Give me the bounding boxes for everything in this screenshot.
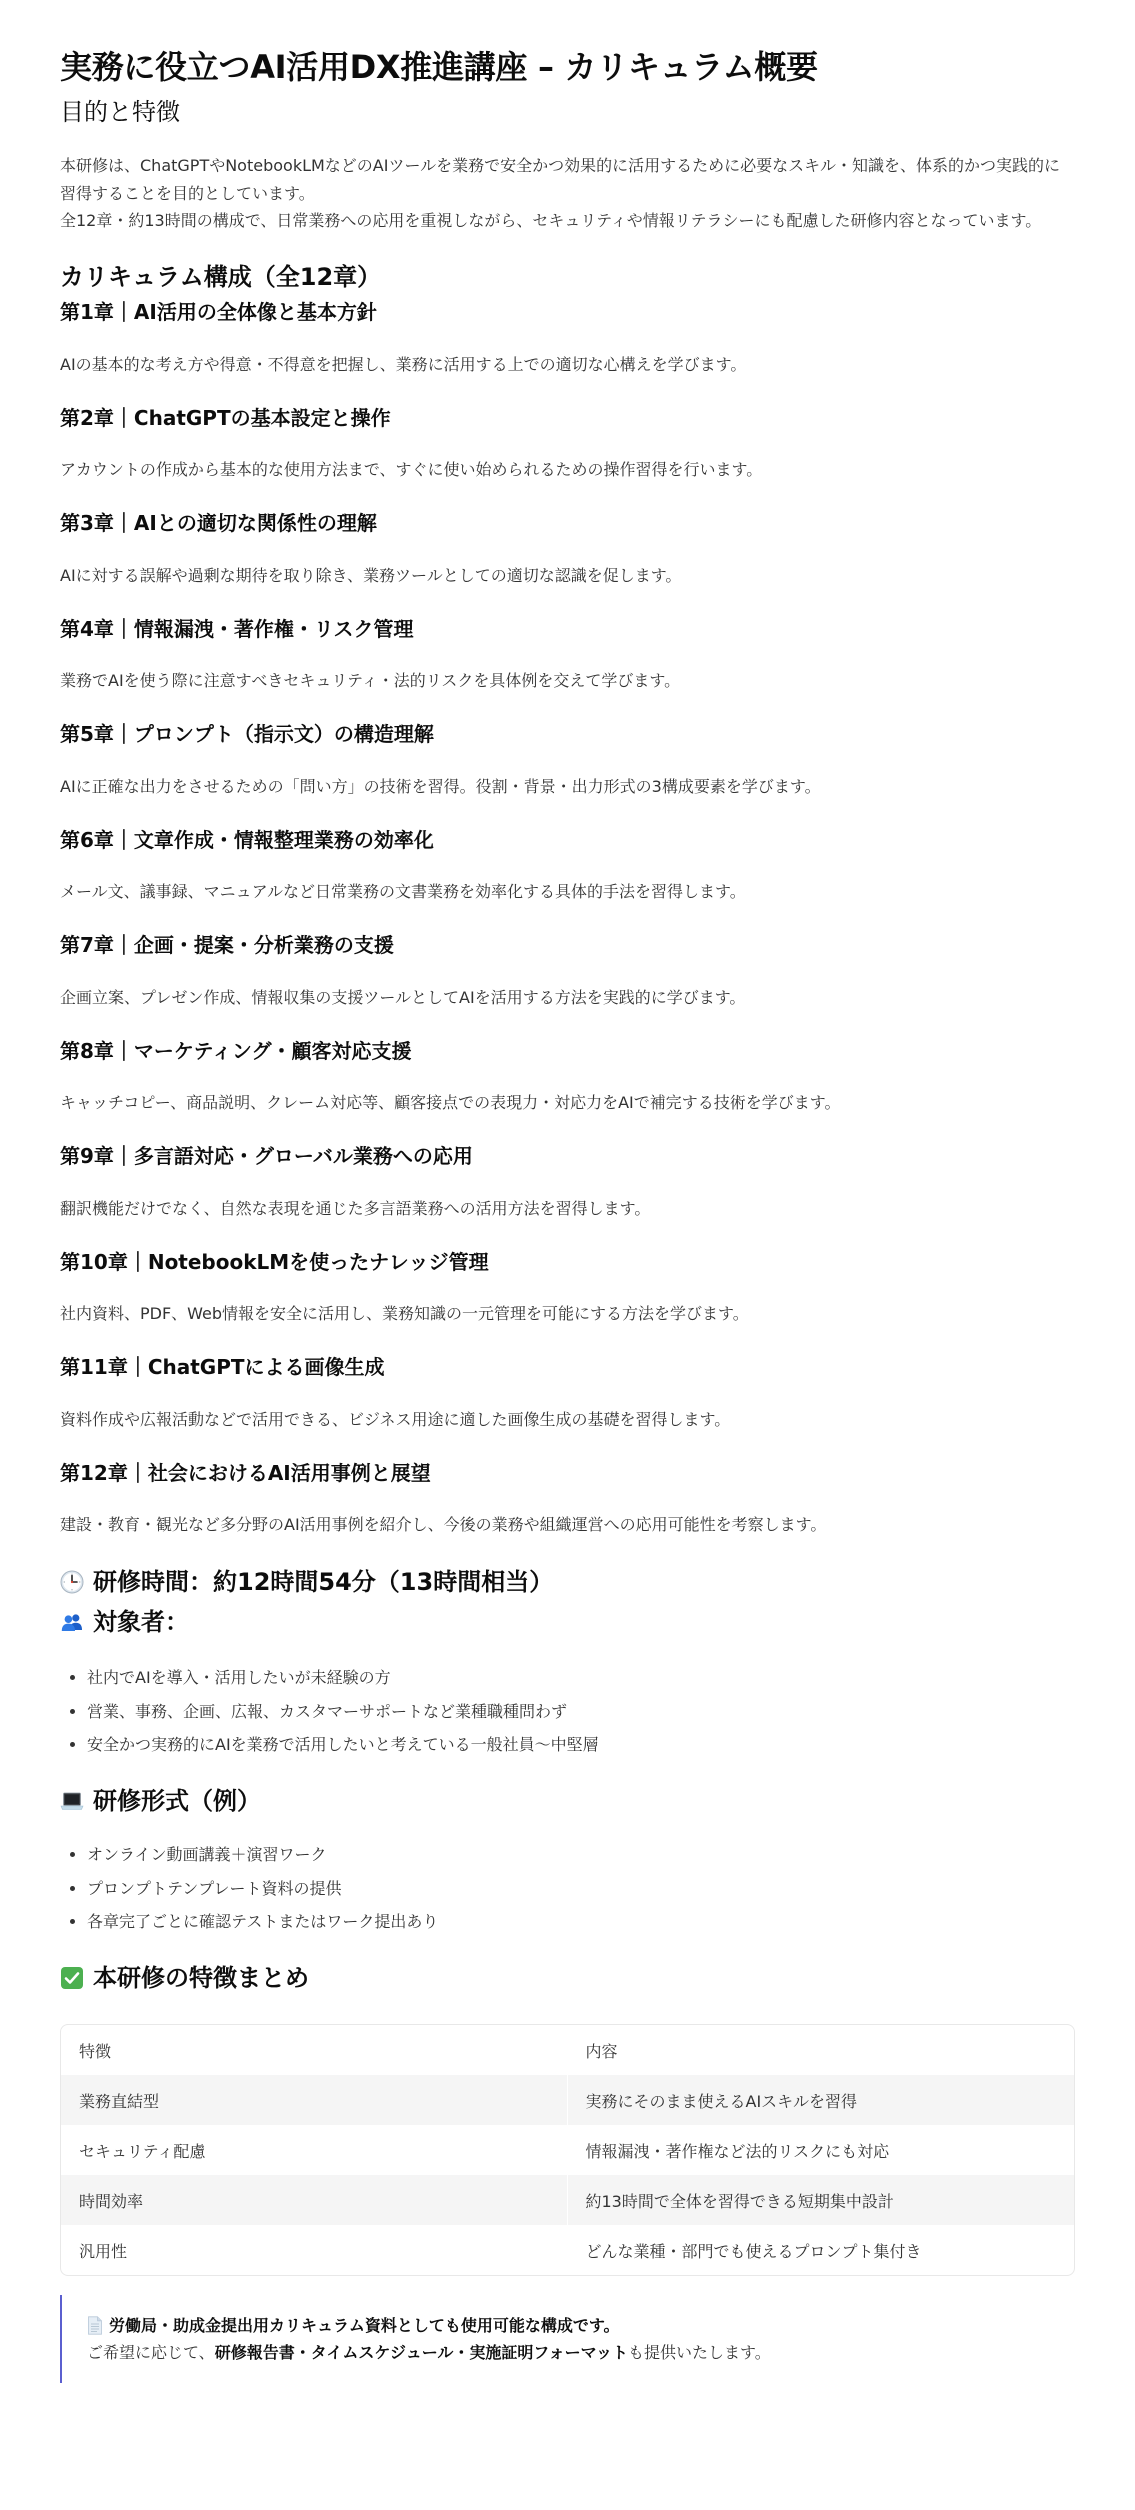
- chapter-item: 第8章｜マーケティング・顧客対応支援 キャッチコピー、商品説明、クレーム対応等、…: [60, 1037, 1075, 1117]
- chapter-description: アカウントの作成から基本的な使用方法まで、すぐに使い始められるための操作習得を行…: [60, 457, 1075, 483]
- chapter-title: 第8章｜マーケティング・顧客対応支援: [60, 1037, 1075, 1065]
- note-text: も提供いたします。: [628, 2343, 771, 2362]
- table-header-row: 特徴 内容: [61, 2025, 1074, 2075]
- chapter-item: 第5章｜プロンプト（指示文）の構造理解 AIに正確な出力をさせるための「問い方」…: [60, 720, 1075, 800]
- chapter-description: 社内資料、PDF、Web情報を安全に活用し、業務知識の一元管理を可能にする方法を…: [60, 1301, 1075, 1327]
- table-cell: 約13時間で全体を習得できる短期集中設計: [568, 2175, 1075, 2225]
- chapter-description: 翻訳機能だけでなく、自然な表現を通じた多言語業務への活用方法を習得します。: [60, 1196, 1075, 1222]
- note-line-2: ご希望に応じて、研修報告書・タイムスケジュール・実施証明フォーマットも提供いたし…: [87, 2339, 1075, 2366]
- table-row: 時間効率 約13時間で全体を習得できる短期集中設計: [61, 2175, 1074, 2225]
- note-blockquote: 労働局・助成金提出用カリキュラム資料としても使用可能な構成です。 ご希望に応じて…: [60, 2295, 1075, 2383]
- note-emphasis: 研修報告書・タイムスケジュール・実施証明フォーマット: [215, 2343, 628, 2362]
- document: 実務に役立つAI活用DX推進講座 – カリキュラム概要 目的と特徴 本研修は、C…: [0, 0, 1135, 2383]
- chapter-item: 第3章｜AIとの適切な関係性の理解 AIに対する誤解や過剰な期待を取り除き、業務…: [60, 509, 1075, 589]
- check-icon: [60, 1966, 84, 1990]
- chapter-title: 第2章｜ChatGPTの基本設定と操作: [60, 404, 1075, 432]
- chapter-title: 第9章｜多言語対応・グローバル業務への応用: [60, 1142, 1075, 1170]
- purpose-line: 全12章・約13時間の構成で、日常業務への応用を重視しながら、セキュリティや情報…: [60, 207, 1075, 235]
- chapter-item: 第6章｜文章作成・情報整理業務の効率化 メール文、議事録、マニュアルなど日常業務…: [60, 826, 1075, 906]
- chapter-description: 企画立案、プレゼン作成、情報収集の支援ツールとしてAIを活用する方法を実践的に学…: [60, 985, 1075, 1011]
- list-item: 安全かつ実務的にAIを業務で活用したいと考えている一般社員〜中堅層: [87, 1732, 1075, 1758]
- format-list: オンライン動画講義＋演習ワーク プロンプトテンプレート資料の提供 各章完了ごとに…: [60, 1842, 1075, 1935]
- people-icon: [60, 1610, 84, 1634]
- chapter-title: 第10章｜NotebookLMを使ったナレッジ管理: [60, 1248, 1075, 1276]
- purpose-heading: 目的と特徴: [60, 96, 1075, 128]
- chapter-title: 第5章｜プロンプト（指示文）の構造理解: [60, 720, 1075, 748]
- chapter-title: 第6章｜文章作成・情報整理業務の効率化: [60, 826, 1075, 854]
- chapter-description: 建設・教育・観光など多分野のAI活用事例を紹介し、今後の業務や組織運営への応用可…: [60, 1512, 1075, 1538]
- column-header: 内容: [568, 2025, 1075, 2075]
- purpose-line: 本研修は、ChatGPTやNotebookLMなどのAIツールを業務で安全かつ効…: [60, 152, 1075, 207]
- column-header: 特徴: [61, 2025, 568, 2075]
- features-heading: 本研修の特徴まとめ: [60, 1962, 1075, 1994]
- table-cell: 汎用性: [61, 2225, 568, 2275]
- duration-text: 研修時間：約12時間54分（13時間相当）: [93, 1568, 553, 1596]
- audience-list: 社内でAIを導入・活用したいが未経験の方 営業、事務、企画、広報、カスタマーサポ…: [60, 1665, 1075, 1758]
- table-row: 汎用性 どんな業種・部門でも使えるプロンプト集付き: [61, 2225, 1074, 2275]
- chapter-description: キャッチコピー、商品説明、クレーム対応等、顧客接点での表現力・対応力をAIで補完…: [60, 1090, 1075, 1116]
- table-row: セキュリティ配慮 情報漏洩・著作権など法的リスクにも対応: [61, 2125, 1074, 2175]
- chapter-description: 資料作成や広報活動などで活用できる、ビジネス用途に適した画像生成の基礎を習得しま…: [60, 1407, 1075, 1433]
- table-cell: 時間効率: [61, 2175, 568, 2225]
- table-cell: どんな業種・部門でも使えるプロンプト集付き: [568, 2225, 1075, 2275]
- table-cell: 実務にそのまま使えるAIスキルを習得: [568, 2075, 1075, 2125]
- duration-heading: 研修時間：約12時間54分（13時間相当）: [60, 1566, 1075, 1598]
- clock-icon: [60, 1570, 84, 1594]
- chapter-description: 業務でAIを使う際に注意すべきセキュリティ・法的リスクを具体例を交えて学びます。: [60, 668, 1075, 694]
- list-item: 社内でAIを導入・活用したいが未経験の方: [87, 1665, 1075, 1691]
- chapter-item: 第2章｜ChatGPTの基本設定と操作 アカウントの作成から基本的な使用方法まで…: [60, 404, 1075, 484]
- audience-heading: 対象者：: [60, 1606, 1075, 1638]
- table-cell: 業務直結型: [61, 2075, 568, 2125]
- chapter-description: AIの基本的な考え方や得意・不得意を把握し、業務に活用する上での適切な心構えを学…: [60, 352, 1075, 378]
- chapter-item: 第1章｜AI活用の全体像と基本方針 AIの基本的な考え方や得意・不得意を把握し、…: [60, 298, 1075, 378]
- laptop-icon: [60, 1789, 84, 1813]
- audience-heading-text: 対象者：: [93, 1608, 189, 1636]
- document-icon: [87, 2316, 103, 2335]
- list-item: プロンプトテンプレート資料の提供: [87, 1876, 1075, 1902]
- list-item: オンライン動画講義＋演習ワーク: [87, 1842, 1075, 1868]
- chapter-item: 第4章｜情報漏洩・著作権・リスク管理 業務でAIを使う際に注意すべきセキュリティ…: [60, 615, 1075, 695]
- list-item: 営業、事務、企画、広報、カスタマーサポートなど業種職種問わず: [87, 1699, 1075, 1725]
- format-heading: 研修形式（例）: [60, 1785, 1075, 1817]
- chapter-title: 第7章｜企画・提案・分析業務の支援: [60, 931, 1075, 959]
- format-heading-text: 研修形式（例）: [93, 1787, 261, 1815]
- purpose-paragraph: 本研修は、ChatGPTやNotebookLMなどのAIツールを業務で安全かつ効…: [60, 152, 1075, 235]
- features-table: 特徴 内容 業務直結型 実務にそのまま使えるAIスキルを習得 セキュリティ配慮 …: [60, 2024, 1075, 2276]
- page-title: 実務に役立つAI活用DX推進講座 – カリキュラム概要: [60, 47, 1075, 87]
- chapter-item: 第10章｜NotebookLMを使ったナレッジ管理 社内資料、PDF、Web情報…: [60, 1248, 1075, 1328]
- note-headline: 労働局・助成金提出用カリキュラム資料としても使用可能な構成です。: [109, 2316, 620, 2335]
- chapter-list: 第1章｜AI活用の全体像と基本方針 AIの基本的な考え方や得意・不得意を把握し、…: [60, 298, 1075, 1538]
- features-heading-text: 本研修の特徴まとめ: [93, 1964, 309, 1992]
- chapter-item: 第7章｜企画・提案・分析業務の支援 企画立案、プレゼン作成、情報収集の支援ツール…: [60, 931, 1075, 1011]
- table-row: 業務直結型 実務にそのまま使えるAIスキルを習得: [61, 2075, 1074, 2125]
- chapter-title: 第11章｜ChatGPTによる画像生成: [60, 1353, 1075, 1381]
- chapter-item: 第9章｜多言語対応・グローバル業務への応用 翻訳機能だけでなく、自然な表現を通じ…: [60, 1142, 1075, 1222]
- list-item: 各章完了ごとに確認テストまたはワーク提出あり: [87, 1909, 1075, 1935]
- chapter-description: メール文、議事録、マニュアルなど日常業務の文書業務を効率化する具体的手法を習得し…: [60, 879, 1075, 905]
- chapter-item: 第11章｜ChatGPTによる画像生成 資料作成や広報活動などで活用できる、ビジ…: [60, 1353, 1075, 1433]
- chapter-description: AIに正確な出力をさせるための「問い方」の技術を習得。役割・背景・出力形式の3構…: [60, 774, 1075, 800]
- chapter-description: AIに対する誤解や過剰な期待を取り除き、業務ツールとしての適切な認識を促します。: [60, 563, 1075, 589]
- chapter-title: 第1章｜AI活用の全体像と基本方針: [60, 298, 1075, 326]
- table-cell: セキュリティ配慮: [61, 2125, 568, 2175]
- note-line-1: 労働局・助成金提出用カリキュラム資料としても使用可能な構成です。: [87, 2312, 1075, 2339]
- chapter-title: 第4章｜情報漏洩・著作権・リスク管理: [60, 615, 1075, 643]
- curriculum-heading: カリキュラム構成（全12章）: [60, 261, 1075, 293]
- chapter-title: 第3章｜AIとの適切な関係性の理解: [60, 509, 1075, 537]
- chapter-item: 第12章｜社会におけるAI活用事例と展望 建設・教育・観光など多分野のAI活用事…: [60, 1459, 1075, 1539]
- chapter-title: 第12章｜社会におけるAI活用事例と展望: [60, 1459, 1075, 1487]
- note-text: ご希望に応じて、: [87, 2343, 215, 2362]
- table-cell: 情報漏洩・著作権など法的リスクにも対応: [568, 2125, 1075, 2175]
